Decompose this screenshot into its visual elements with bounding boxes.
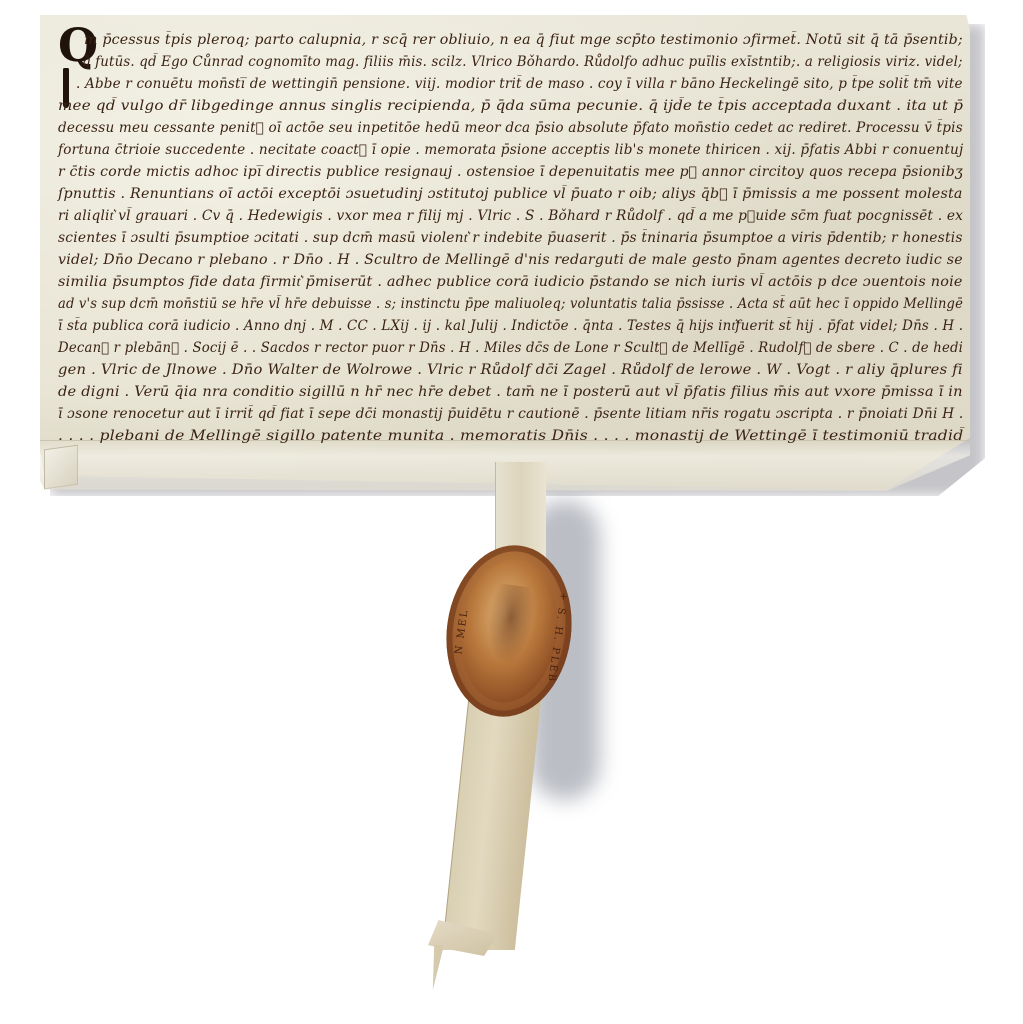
seal-legend: + S. H. PLEB N MEL — [436, 537, 583, 725]
wax-seal: + S. H. PLEB N MEL — [436, 537, 583, 725]
seal-legend-left: N MEL — [453, 608, 470, 655]
text-line: . . . . plebani de Mellingē sigillo pate… — [58, 428, 963, 444]
text-line: fortuna c̄trioie succedente . necitate c… — [58, 142, 963, 158]
text-line: ī st̄a publica corā iudicio . Anno dnj .… — [58, 318, 963, 334]
seal-tag-tip — [430, 945, 444, 990]
text-line: videl; Dn̄o Decano r plebano . r Dn̄o . … — [58, 252, 963, 268]
text-line: ī ɔsone renocetur aut ī irrit̄ qd̄ fiat … — [58, 406, 963, 422]
text-line: Decan᷒ r plebān᷒ . Socij ē . . Sacdos r … — [58, 340, 963, 356]
text-line: . Abbe r conuētu mon̄sti̅ de wettingin̄ … — [76, 76, 963, 92]
text-line: mee qd̄ vulgo dr̄ libgedinge annus singl… — [58, 98, 963, 114]
seal-tag-lower — [442, 700, 541, 950]
text-line: ad v's sup dcm̄ mon̄stiū se hr̄e vl̄ hr̄… — [58, 296, 963, 312]
charter-photograph: Q m p̄cessus t̄pis pleroq; parto calupni… — [0, 0, 1023, 1024]
text-line: ri aliqlit͛ vl̄ grauari . Cv q̄ . Hedewi… — [58, 208, 963, 224]
folded-corner — [44, 445, 78, 490]
text-line: similia p̄sumptos fide data firmit͛ p̄mi… — [58, 274, 963, 290]
text-line: decessu meu cessante penit᷑ oī actōe seu… — [58, 120, 963, 136]
text-line: ſpnuttis . Renuntians oī actōi exceptōi … — [58, 186, 963, 202]
text-line: q̄ futūs. qd̄ Ego Cůnrad cognomīto mag. … — [82, 54, 963, 70]
text-line: de digni . Verū q̄ia nra conditio sigill… — [58, 384, 963, 400]
text-line: scientes ī ɔsulti p̄sumptioe ɔcitati . s… — [58, 230, 963, 246]
text-line: m p̄cessus t̄pis pleroq; parto calupnia,… — [84, 32, 963, 48]
seal-legend-right: + S. H. PLEB — [545, 591, 569, 683]
text-line: r c̄tis corde mictis adhoc ipi̅ directis… — [58, 164, 963, 180]
text-line: gen . Vlric de Jlnowe . Dn̄o Walter de W… — [58, 362, 963, 378]
